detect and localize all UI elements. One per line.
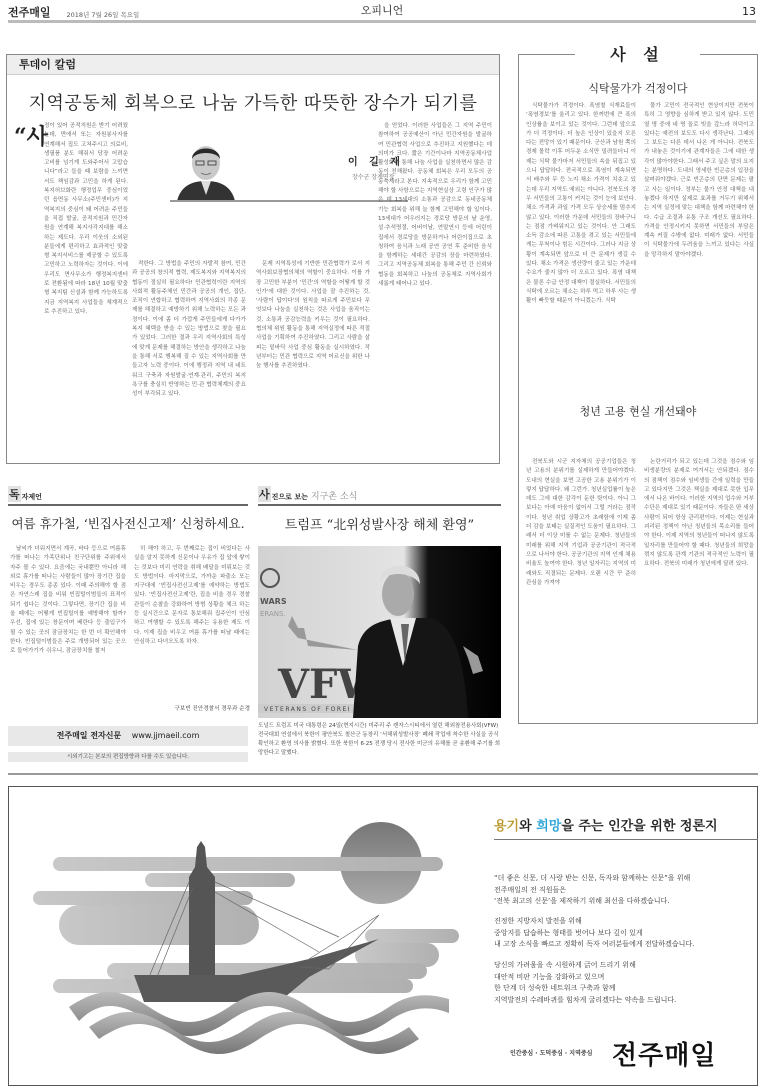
editorial-headline-1: 식탁물가가 걱정이다 bbox=[518, 80, 758, 96]
promo-paragraph-3: 당신의 가려움을 속 시원하게 긁어 드리기 위해 대안적 비판 기능을 강화하… bbox=[494, 960, 676, 1006]
promo-title-divider bbox=[494, 839, 758, 840]
enews-banner: 전주매일 전자신문 www.jjmaeil.com bbox=[8, 726, 248, 746]
section-divider bbox=[8, 773, 758, 775]
news-photo: WARS ERANS. VFW VETERANS OF FOREI bbox=[258, 546, 501, 718]
photo-caption: 도널드 트럼프 미국 대통령은 24일(현지시간) 미주리 주 캔자스시티에서 … bbox=[258, 722, 501, 758]
enews-label: 전주매일 전자신문 bbox=[57, 731, 122, 740]
editorial-2-col1: 전북도와 시군 지자체의 공공기업들은 청년 고용의 분위기를 실제하게 만들어… bbox=[526, 458, 636, 716]
reader-column-col1: 날씨가 더워지면서 계곡, 바다 등으로 여름휴가를 떠나는 가족단위나 친구단… bbox=[10, 545, 126, 713]
reader-column-headline: 여름 휴가철, ‘빈집사전신고제’ 신청하세요. bbox=[8, 514, 248, 532]
title-hope: 희망 bbox=[536, 819, 561, 834]
today-column-headline: 지역공동체 회복으로 나눔 가득한 따뜻한 장수가 되기를 bbox=[7, 89, 499, 115]
promo-paragraph-1: “더 좋은 신문, 더 사랑 받는 신문, 독자와 함께하는 신문”을 위해 전… bbox=[494, 873, 690, 908]
svg-text:WARS: WARS bbox=[260, 597, 287, 606]
photo-section-rest-bold: 진으로 보는 bbox=[272, 492, 308, 502]
reader-column-header: 독 자제언 bbox=[8, 484, 248, 506]
editorial-1-col1: 식탁물가가 걱정이다. 폭염철 식재료들이 ‘폭염경보’를 울리고 있다. 한꺼… bbox=[526, 102, 636, 360]
masthead: 전주매일 2018년 7월 26일 목요일 오피니언 13 bbox=[8, 0, 756, 20]
ship-illustration bbox=[9, 787, 489, 1082]
reader-section-cap: 독 bbox=[8, 486, 21, 502]
today-column-col4: 을 얻었다. 이러한 사업들은 그 지역 주민이 참여하여 공공예산이 아닌 민… bbox=[378, 122, 492, 458]
title-courage: 용기 bbox=[494, 819, 519, 834]
promo-slogan: 인간중심 · 도덕중심 · 지역중심 bbox=[510, 1048, 592, 1057]
promo-ad-title: 용기와 희망을 주는 인간을 위한 정론지 bbox=[494, 815, 718, 834]
author-divider bbox=[170, 200, 408, 202]
today-column-col1: 정이 있어 공적지원은 받기 어려웠는데, 면에서 또는 자원봉사자를 연계해서… bbox=[14, 122, 128, 457]
editorial-headline-2: 청년 고용 현실 개선돼야 bbox=[518, 403, 758, 419]
photo-news-header: 사 진으로 보는 지구촌 소식 bbox=[258, 484, 501, 506]
reader-byline: 구보빈 진안경찰서 경무과 순경 bbox=[134, 705, 250, 715]
page-number: 13 bbox=[742, 5, 756, 18]
svg-text:VETERANS OF FOREI: VETERANS OF FOREI bbox=[264, 706, 351, 713]
disclaimer: 시외기고는 본보의 편집방향과 다를 수도 있습니다. bbox=[8, 752, 248, 762]
speaker-silhouette: WARS ERANS. VFW VETERANS OF FOREI bbox=[258, 546, 501, 718]
reader-column-col2: 히 해야 하고, 두 번째로는 집이 비었다는 사실을 알지 못하게 신문이나 … bbox=[134, 545, 250, 703]
today-column-col2: 적한다. 그 방법을 주민의 자발적 참여, 민간과 공공의 창의적 협력, 제… bbox=[132, 260, 246, 458]
editorial-1-col2: 물가 고민이 전국적인 현상이지만 전북이 특히 그 영향을 심하게 받고 있지… bbox=[644, 102, 754, 360]
promo-paragraph-2: 진정한 지방자치 발전을 위해 중앙지를 답습하는 형태를 벗어나 보다 깊이 … bbox=[494, 916, 694, 951]
photo-section-rest-grey: 지구촌 소식 bbox=[311, 489, 357, 502]
editorial-section-title: 사 설 bbox=[575, 42, 700, 65]
svg-text:ERANS.: ERANS. bbox=[260, 610, 286, 618]
enews-url[interactable]: www.jjmaeil.com bbox=[132, 731, 200, 740]
photo-news-headline: 트럼프 “北위성발사장 해체 환영” bbox=[258, 514, 501, 533]
masthead-rule bbox=[8, 20, 756, 23]
section-name: 오피니언 bbox=[8, 2, 756, 18]
reader-section-rest: 자제언 bbox=[22, 492, 42, 502]
promo-logo: 전주매일 bbox=[612, 1035, 716, 1072]
today-column-col3: 문제 지역특성에 기반한 민관협력가 로서 지역사회보장협의체의 역할이 중요하… bbox=[256, 260, 370, 458]
editorial-2-col2: 논란거리가 되고 있는데 그것을 점수와 임비생분량의 분제로 여겨서는 안되겠… bbox=[644, 458, 754, 716]
photo-section-cap: 사 bbox=[258, 486, 271, 502]
today-column-label: 투데이 칼럼 bbox=[7, 55, 499, 75]
author-portrait bbox=[173, 135, 239, 201]
